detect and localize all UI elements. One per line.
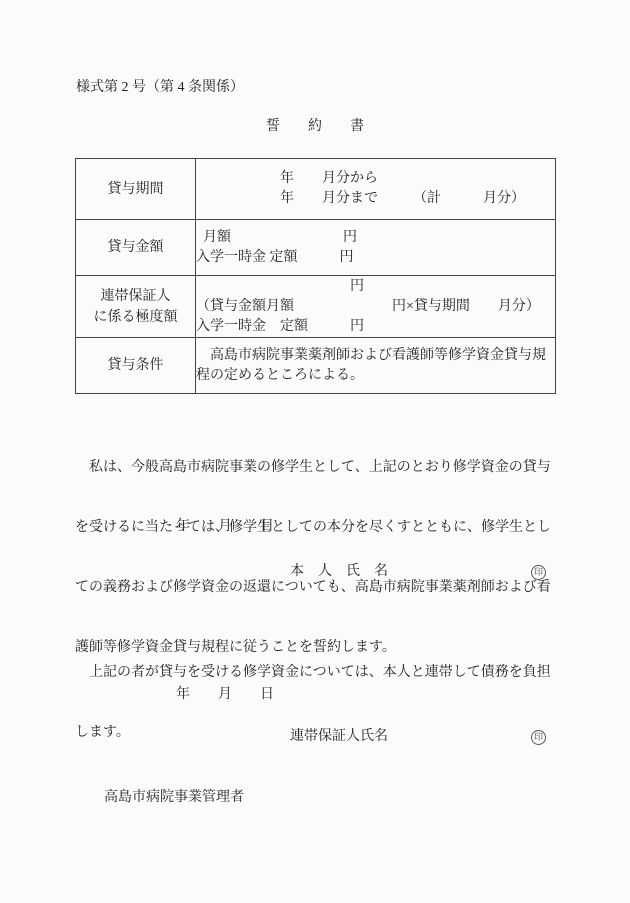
value-line: （貸与金額月額 円×貸与期間 月分） (196, 297, 555, 317)
row-label: 貸与期間 (76, 159, 196, 220)
value-line: 月額 円 (196, 228, 555, 248)
row-label: 連帯保証人 に係る極度額 (76, 276, 196, 338)
value-line: 入学一時金 定額 円 (196, 317, 555, 337)
row-label-line: 貸与条件 (76, 355, 195, 376)
table-row-guarantor-limit: 連帯保証人 に係る極度額 円 （貸与金額月額 円×貸与期間 月分） 入学一時金 … (76, 276, 556, 338)
value-line: 高島市病院事業薬剤師および看護師等修学資金貸与規 (196, 346, 555, 366)
loan-terms-table: 貸与期間 年 月分から 年 月分まで （計 月分） 貸与金額 月額 円 入学一時… (75, 158, 556, 394)
row-label-line: に係る極度額 (76, 307, 195, 328)
paragraph-line: を受けるに当たっては、修学生としての本分を尽くすとともに、修学生とし (75, 518, 561, 538)
form-number: 様式第 2 号（第 4 条関係） (76, 78, 244, 98)
pledge-date-line: 年 月 日 (176, 517, 274, 537)
table-row-loan-amount: 貸与金額 月額 円 入学一時金 定額 円 (76, 220, 556, 276)
row-value: 高島市病院事業薬剤師および看護師等修学資金貸与規 程の定めるところによる。 (196, 338, 556, 394)
oath-document-page: 様式第 2 号（第 4 条関係） 誓 約 書 貸与期間 年 月分から 年 月分ま… (0, 0, 630, 903)
manager-label: 高島市病院事業管理者 (104, 788, 244, 808)
guarantor-name-label: 連帯保証人氏名 (290, 727, 388, 747)
row-value: 円 （貸与金額月額 円×貸与期間 月分） 入学一時金 定額 円 (196, 276, 556, 338)
guarantee-date-line: 年 月 日 (176, 685, 274, 705)
row-label-line: 貸与期間 (76, 179, 195, 200)
seal-icon: 印 (531, 730, 546, 745)
value-line: 入学一時金 定額 円 (196, 248, 555, 268)
row-label-line: 貸与金額 (76, 237, 195, 258)
table-row-loan-conditions: 貸与条件 高島市病院事業薬剤師および看護師等修学資金貸与規 程の定めるところによ… (76, 338, 556, 394)
paragraph-line: 上記の者が貸与を受ける修学資金については、本人と連帯して債務を負担 (75, 663, 561, 683)
value-line: 年 月分から (196, 169, 555, 189)
row-label: 貸与条件 (76, 338, 196, 394)
row-label-line: 連帯保証人 (76, 286, 195, 307)
value-line: 円 (196, 277, 555, 297)
principal-name-label: 本 人 氏 名 (290, 562, 388, 582)
value-line: 年 月分まで （計 月分） (196, 189, 555, 209)
row-value: 年 月分から 年 月分まで （計 月分） (196, 159, 556, 220)
table-row-loan-period: 貸与期間 年 月分から 年 月分まで （計 月分） (76, 159, 556, 220)
row-label: 貸与金額 (76, 220, 196, 276)
paragraph-line: 私は、今般高島市病院事業の修学生として、上記のとおり修学資金の貸与 (75, 458, 561, 478)
value-line: 程の定めるところによる。 (196, 366, 555, 386)
seal-icon: 印 (531, 565, 546, 580)
document-title: 誓 約 書 (0, 117, 630, 137)
guarantee-paragraph: 上記の者が貸与を受ける修学資金については、本人と連帯して債務を負担 します。 (75, 623, 561, 783)
row-value: 月額 円 入学一時金 定額 円 (196, 220, 556, 276)
